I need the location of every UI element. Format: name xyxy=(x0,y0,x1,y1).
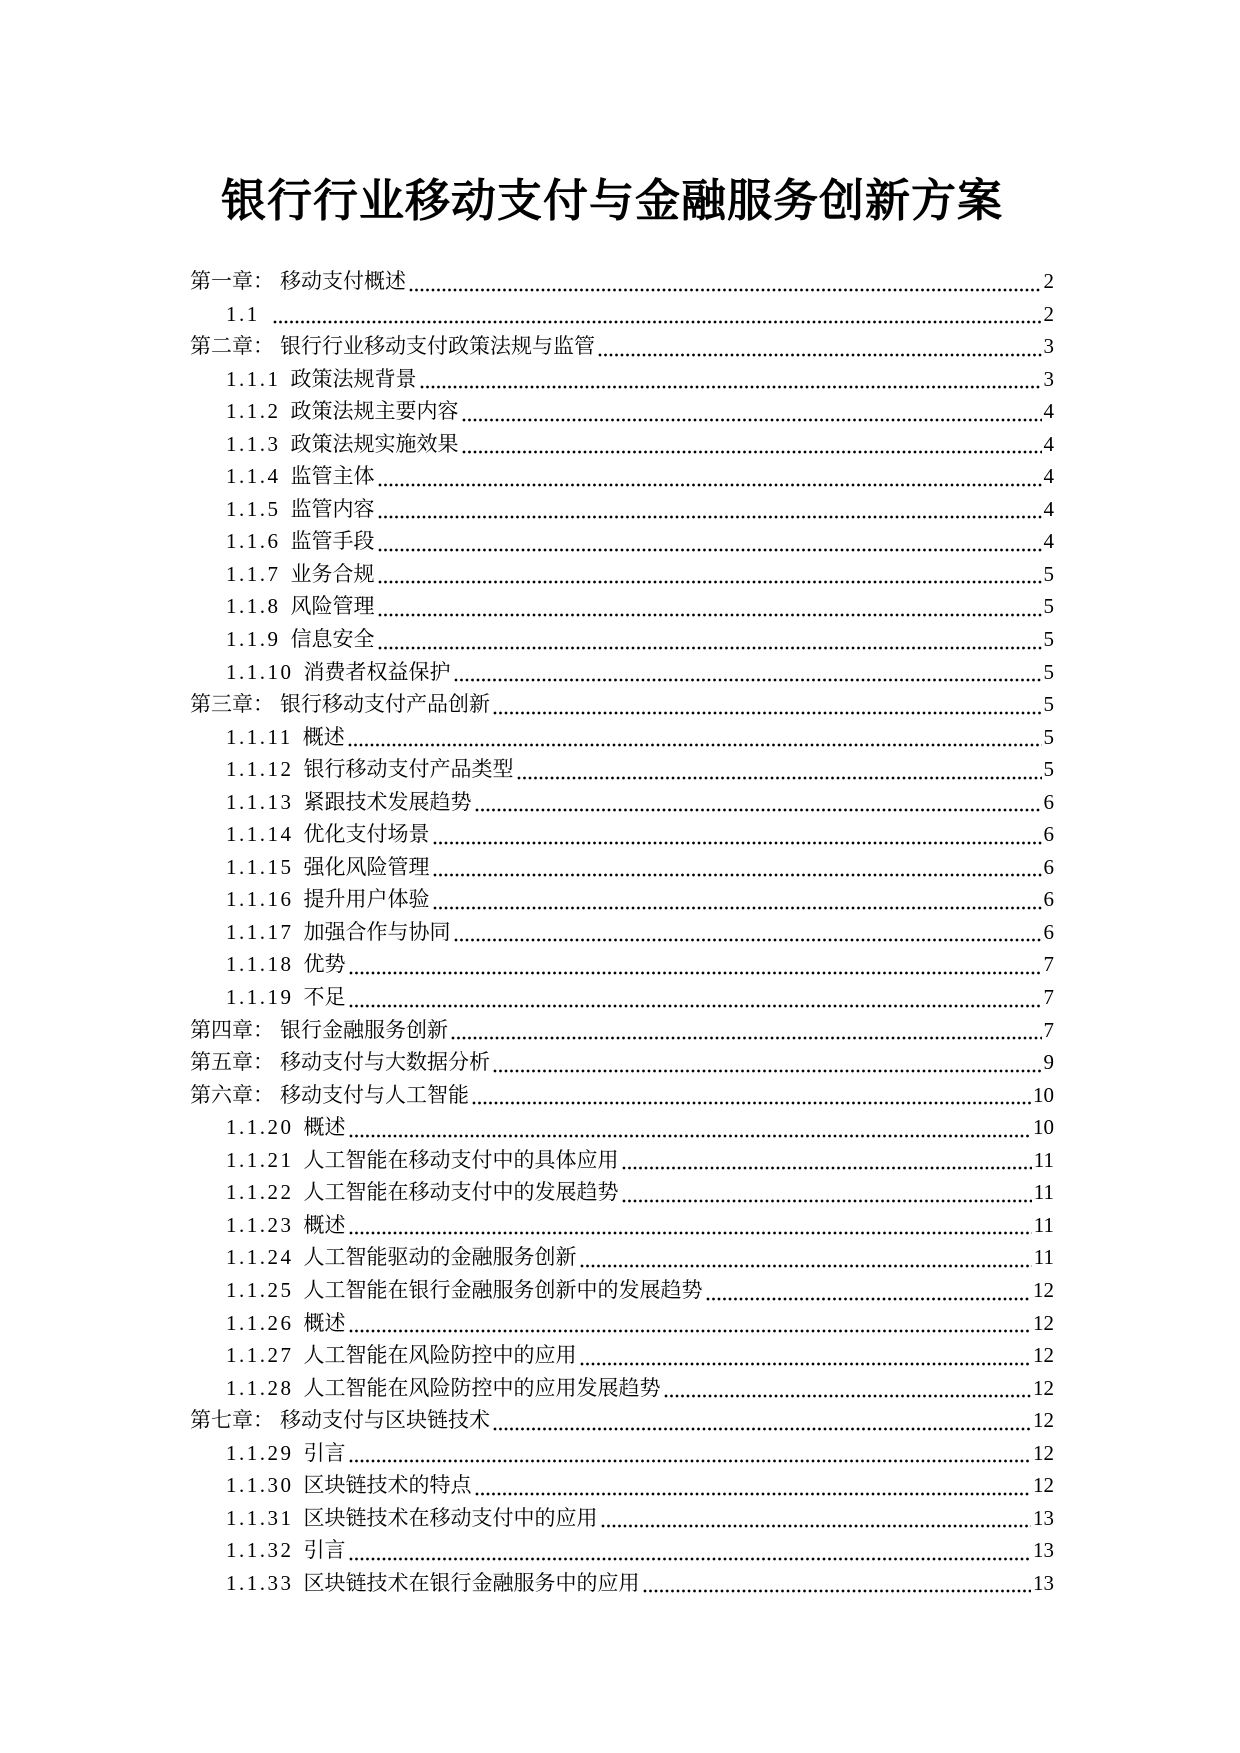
toc-entry-title: 概述 xyxy=(304,1307,346,1340)
toc-entry-title: 银行移动支付产品类型 xyxy=(304,753,514,786)
toc-leader-dots xyxy=(517,776,1042,780)
toc-entry[interactable]: 1.1.24人工智能驱动的金融服务创新11 xyxy=(190,1241,1054,1274)
toc-leader-dots xyxy=(622,1166,1032,1170)
toc-page-number: 5 xyxy=(1044,721,1055,754)
toc-entry[interactable]: 1.1.29引言12 xyxy=(190,1437,1054,1470)
toc-page-number: 4 xyxy=(1044,428,1055,461)
toc-entry-title: 银行移动支付产品创新 xyxy=(280,688,490,721)
toc-entry[interactable]: 1.1.27人工智能在风险防控中的应用12 xyxy=(190,1339,1054,1372)
toc-entry-title: 政策法规背景 xyxy=(291,363,417,396)
toc-page-number: 6 xyxy=(1044,916,1055,949)
toc-leader-dots xyxy=(349,971,1042,975)
toc-page-number: 7 xyxy=(1044,948,1055,981)
toc-leader-dots xyxy=(409,288,1042,292)
toc-entry-title: 概述 xyxy=(303,721,345,754)
toc-entry-number: 1.1.5 xyxy=(226,493,281,526)
toc-leader-dots xyxy=(475,808,1042,812)
toc-page-number: 6 xyxy=(1044,851,1055,884)
toc-entry[interactable]: 第二章：银行行业移动支付政策法规与监管3 xyxy=(190,330,1054,363)
toc-entry-number: 1.1.18 xyxy=(226,948,294,981)
toc-entry[interactable]: 1.12 xyxy=(190,298,1054,331)
toc-page-number: 5 xyxy=(1044,590,1055,623)
toc-entry-title: 区块链技术在移动支付中的应用 xyxy=(304,1502,598,1535)
toc-entry-title: 人工智能在银行金融服务创新中的发展趋势 xyxy=(304,1274,703,1307)
toc-entry[interactable]: 1.1.16提升用户体验6 xyxy=(190,883,1054,916)
toc-entry[interactable]: 1.1.13紧跟技术发展趋势6 xyxy=(190,786,1054,819)
toc-page-number: 13 xyxy=(1033,1567,1054,1600)
toc-entry[interactable]: 1.1.11概述5 xyxy=(190,721,1054,754)
toc-entry-title: 区块链技术的特点 xyxy=(304,1469,472,1502)
toc-page-number: 4 xyxy=(1044,460,1055,493)
toc-entry[interactable]: 1.1.14优化支付场景6 xyxy=(190,818,1054,851)
toc-page-number: 5 xyxy=(1044,656,1055,689)
toc-entry-number: 1.1.13 xyxy=(226,786,294,819)
toc-leader-dots xyxy=(601,1524,1032,1528)
toc-leader-dots xyxy=(273,320,1042,324)
toc-entry-number: 1.1.22 xyxy=(226,1176,294,1209)
toc-entry-title: 银行行业移动支付政策法规与监管 xyxy=(280,330,595,363)
toc-entry-number: 1.1.25 xyxy=(226,1274,294,1307)
toc-entry-number: 1.1.6 xyxy=(226,525,281,558)
toc-page-number: 6 xyxy=(1044,786,1055,819)
toc-entry-number: 第三章： xyxy=(190,688,274,721)
toc-entry-number: 1.1.7 xyxy=(226,558,281,591)
toc-leader-dots xyxy=(493,1069,1042,1073)
toc-page-number: 11 xyxy=(1034,1176,1054,1209)
toc-entry-title: 风险管理 xyxy=(291,590,375,623)
toc-entry[interactable]: 1.1.25人工智能在银行金融服务创新中的发展趋势12 xyxy=(190,1274,1054,1307)
toc-entry-title: 加强合作与协同 xyxy=(304,916,451,949)
toc-entry-title: 优化支付场景 xyxy=(304,818,430,851)
toc-entry-number: 1.1.8 xyxy=(226,590,281,623)
toc-entry-number: 1.1.14 xyxy=(226,818,294,851)
toc-page-number: 7 xyxy=(1044,1014,1055,1047)
toc-entry-title: 区块链技术在银行金融服务中的应用 xyxy=(304,1567,640,1600)
toc-entry-title: 不足 xyxy=(304,981,346,1014)
toc-leader-dots xyxy=(378,613,1042,617)
toc-entry-title: 强化风险管理 xyxy=(304,851,430,884)
toc-entry-title: 移动支付与区块链技术 xyxy=(280,1404,490,1437)
toc-entry[interactable]: 第五章：移动支付与大数据分析9 xyxy=(190,1046,1054,1079)
toc-entry-title: 政策法规主要内容 xyxy=(291,395,459,428)
toc-entry-number: 1.1.27 xyxy=(226,1339,294,1372)
toc-leader-dots xyxy=(349,1004,1042,1008)
toc-leader-dots xyxy=(349,1134,1032,1138)
toc-leader-dots xyxy=(349,1329,1032,1333)
toc-page-number: 2 xyxy=(1044,298,1055,331)
toc-entry-number: 1.1.30 xyxy=(226,1469,294,1502)
toc-entry[interactable]: 1.1.32引言13 xyxy=(190,1534,1054,1567)
toc-page-number: 12 xyxy=(1033,1372,1054,1405)
toc-entry-number: 1.1.3 xyxy=(226,428,281,461)
toc-entry-number: 1.1.15 xyxy=(226,851,294,884)
toc-entry[interactable]: 1.1.2政策法规主要内容4 xyxy=(190,395,1054,428)
toc-entry-number: 1.1.2 xyxy=(226,395,281,428)
toc-entry-number: 1.1.23 xyxy=(226,1209,294,1242)
toc-entry[interactable]: 1.1.26概述12 xyxy=(190,1307,1054,1340)
toc-entry[interactable]: 1.1.4监管主体4 xyxy=(190,460,1054,493)
toc-leader-dots xyxy=(378,646,1042,650)
toc-leader-dots xyxy=(493,711,1042,715)
document-title: 银行行业移动支付与金融服务创新方案 xyxy=(0,172,1224,230)
toc-page-number: 2 xyxy=(1044,265,1055,298)
toc-entry-number: 第七章： xyxy=(190,1404,274,1437)
toc-entry[interactable]: 1.1.3政策法规实施效果4 xyxy=(190,428,1054,461)
toc-entry[interactable]: 第六章：移动支付与人工智能10 xyxy=(190,1079,1054,1112)
toc-page-number: 7 xyxy=(1044,981,1055,1014)
toc-entry[interactable]: 1.1.31区块链技术在移动支付中的应用13 xyxy=(190,1502,1054,1535)
toc-leader-dots xyxy=(420,385,1042,389)
toc-leader-dots xyxy=(643,1589,1032,1593)
toc-entry-title: 监管手段 xyxy=(291,525,375,558)
toc-entry-number: 1.1.20 xyxy=(226,1111,294,1144)
toc-entry[interactable]: 1.1.5监管内容4 xyxy=(190,493,1054,526)
toc-entry[interactable]: 1.1.19不足7 xyxy=(190,981,1054,1014)
toc-page-number: 4 xyxy=(1044,395,1055,428)
toc-entry[interactable]: 1.1.7业务合规5 xyxy=(190,558,1054,591)
toc-entry-number: 1.1 xyxy=(226,298,260,331)
toc-entry-number: 1.1.9 xyxy=(226,623,281,656)
toc-entry-number: 1.1.29 xyxy=(226,1437,294,1470)
toc-leader-dots xyxy=(454,938,1042,942)
toc-entry[interactable]: 1.1.33区块链技术在银行金融服务中的应用13 xyxy=(190,1567,1054,1600)
toc-leader-dots xyxy=(433,873,1042,877)
toc-page-number: 4 xyxy=(1044,525,1055,558)
toc-entry-title: 移动支付与人工智能 xyxy=(280,1079,469,1112)
toc-entry-title: 概述 xyxy=(304,1111,346,1144)
toc-page-number: 11 xyxy=(1034,1241,1054,1274)
toc-entry[interactable]: 1.1.22人工智能在移动支付中的发展趋势11 xyxy=(190,1176,1054,1209)
document-page: 银行行业移动支付与金融服务创新方案 第一章：移动支付概述21.12第二章：银行行… xyxy=(0,0,1240,1753)
toc-entry-title: 引言 xyxy=(304,1437,346,1470)
toc-page-number: 10 xyxy=(1033,1111,1054,1144)
toc-entry[interactable]: 1.1.17加强合作与协同6 xyxy=(190,916,1054,949)
toc-entry-number: 1.1.24 xyxy=(226,1241,294,1274)
toc-entry-number: 1.1.28 xyxy=(226,1372,294,1405)
toc-page-number: 5 xyxy=(1044,623,1055,656)
toc-entry-number: 第一章： xyxy=(190,265,274,298)
toc-entry[interactable]: 1.1.18优势7 xyxy=(190,948,1054,981)
toc-leader-dots xyxy=(378,580,1042,584)
toc-leader-dots xyxy=(475,1492,1032,1496)
toc-entry-title: 监管内容 xyxy=(291,493,375,526)
toc-entry-number: 第六章： xyxy=(190,1079,274,1112)
toc-entry[interactable]: 1.1.10消费者权益保护5 xyxy=(190,656,1054,689)
toc-entry-number: 第二章： xyxy=(190,330,274,363)
toc-leader-dots xyxy=(454,678,1042,682)
toc-entry-title: 移动支付与大数据分析 xyxy=(280,1046,490,1079)
toc-entry-title: 信息安全 xyxy=(291,623,375,656)
toc-page-number: 12 xyxy=(1033,1437,1054,1470)
toc-entry-number: 1.1.31 xyxy=(226,1502,294,1535)
toc-entry[interactable]: 1.1.21人工智能在移动支付中的具体应用11 xyxy=(190,1144,1054,1177)
toc-entry-title: 监管主体 xyxy=(291,460,375,493)
toc-entry-number: 1.1.19 xyxy=(226,981,294,1014)
toc-leader-dots xyxy=(472,1101,1031,1105)
toc-page-number: 11 xyxy=(1034,1209,1054,1242)
toc-leader-dots xyxy=(378,483,1042,487)
toc-leader-dots xyxy=(348,743,1042,747)
toc-entry-title: 优势 xyxy=(304,948,346,981)
toc-entry-number: 1.1.33 xyxy=(226,1567,294,1600)
toc-entry[interactable]: 第四章：银行金融服务创新7 xyxy=(190,1014,1054,1047)
toc-leader-dots xyxy=(349,1557,1032,1561)
toc-entry-title: 概述 xyxy=(304,1209,346,1242)
toc-entry-number: 1.1.1 xyxy=(226,363,281,396)
toc-entry-number: 第五章： xyxy=(190,1046,274,1079)
toc-entry-title: 人工智能在移动支付中的具体应用 xyxy=(304,1144,619,1177)
toc-entry-number: 1.1.12 xyxy=(226,753,294,786)
toc-entry[interactable]: 1.1.12银行移动支付产品类型5 xyxy=(190,753,1054,786)
toc-page-number: 5 xyxy=(1044,558,1055,591)
table-of-contents: 第一章：移动支付概述21.12第二章：银行行业移动支付政策法规与监管31.1.1… xyxy=(190,265,1054,1599)
toc-leader-dots xyxy=(462,450,1042,454)
toc-page-number: 13 xyxy=(1033,1502,1054,1535)
toc-entry[interactable]: 1.1.28人工智能在风险防控中的应用发展趋势12 xyxy=(190,1372,1054,1405)
toc-leader-dots xyxy=(580,1264,1032,1268)
toc-leader-dots xyxy=(493,1427,1031,1431)
toc-leader-dots xyxy=(462,418,1042,422)
toc-entry[interactable]: 第一章：移动支付概述2 xyxy=(190,265,1054,298)
toc-page-number: 5 xyxy=(1044,688,1055,721)
toc-page-number: 3 xyxy=(1044,330,1055,363)
toc-entry-number: 1.1.21 xyxy=(226,1144,294,1177)
toc-entry-title: 人工智能驱动的金融服务创新 xyxy=(304,1241,577,1274)
toc-leader-dots xyxy=(378,515,1042,519)
toc-entry-title: 消费者权益保护 xyxy=(304,656,451,689)
toc-leader-dots xyxy=(378,548,1042,552)
toc-entry[interactable]: 1.1.20概述10 xyxy=(190,1111,1054,1144)
toc-page-number: 10 xyxy=(1033,1079,1054,1112)
toc-entry-title: 人工智能在风险防控中的应用 xyxy=(304,1339,577,1372)
toc-entry-title: 移动支付概述 xyxy=(280,265,406,298)
toc-entry-number: 1.1.26 xyxy=(226,1307,294,1340)
toc-entry-number: 1.1.32 xyxy=(226,1534,294,1567)
toc-entry[interactable]: 1.1.23概述11 xyxy=(190,1209,1054,1242)
toc-leader-dots xyxy=(433,906,1042,910)
toc-leader-dots xyxy=(451,1036,1042,1040)
toc-page-number: 6 xyxy=(1044,818,1055,851)
toc-page-number: 5 xyxy=(1044,753,1055,786)
toc-leader-dots xyxy=(622,1199,1032,1203)
toc-leader-dots xyxy=(598,353,1042,357)
toc-page-number: 11 xyxy=(1034,1144,1054,1177)
toc-page-number: 6 xyxy=(1044,883,1055,916)
toc-entry[interactable]: 1.1.6监管手段4 xyxy=(190,525,1054,558)
toc-page-number: 13 xyxy=(1033,1534,1054,1567)
toc-page-number: 9 xyxy=(1044,1046,1055,1079)
toc-entry[interactable]: 1.1.15强化风险管理6 xyxy=(190,851,1054,884)
toc-entry-title: 业务合规 xyxy=(291,558,375,591)
toc-page-number: 3 xyxy=(1044,363,1055,396)
toc-page-number: 12 xyxy=(1033,1307,1054,1340)
toc-entry-number: 1.1.17 xyxy=(226,916,294,949)
toc-entry[interactable]: 1.1.1政策法规背景3 xyxy=(190,363,1054,396)
toc-leader-dots xyxy=(433,841,1042,845)
toc-entry[interactable]: 1.1.9信息安全5 xyxy=(190,623,1054,656)
toc-entry-title: 银行金融服务创新 xyxy=(280,1014,448,1047)
toc-leader-dots xyxy=(706,1297,1032,1301)
toc-leader-dots xyxy=(580,1362,1032,1366)
toc-entry-number: 1.1.10 xyxy=(226,656,294,689)
toc-leader-dots xyxy=(349,1231,1032,1235)
toc-entry[interactable]: 1.1.8风险管理5 xyxy=(190,590,1054,623)
toc-entry-number: 1.1.11 xyxy=(226,721,293,754)
toc-leader-dots xyxy=(664,1394,1032,1398)
toc-entry-number: 1.1.4 xyxy=(226,460,281,493)
toc-page-number: 12 xyxy=(1033,1339,1054,1372)
toc-entry[interactable]: 第七章：移动支付与区块链技术12 xyxy=(190,1404,1054,1437)
toc-entry-title: 政策法规实施效果 xyxy=(291,428,459,461)
toc-entry-number: 第四章： xyxy=(190,1014,274,1047)
toc-page-number: 12 xyxy=(1033,1274,1054,1307)
toc-page-number: 12 xyxy=(1033,1404,1054,1437)
toc-entry-number: 1.1.16 xyxy=(226,883,294,916)
toc-entry-title: 人工智能在移动支付中的发展趋势 xyxy=(304,1176,619,1209)
toc-leader-dots xyxy=(349,1459,1032,1463)
toc-entry-title: 人工智能在风险防控中的应用发展趋势 xyxy=(304,1372,661,1405)
toc-page-number: 4 xyxy=(1044,493,1055,526)
toc-entry-title: 紧跟技术发展趋势 xyxy=(304,786,472,819)
toc-entry-title: 引言 xyxy=(304,1534,346,1567)
toc-entry[interactable]: 第三章：银行移动支付产品创新5 xyxy=(190,688,1054,721)
toc-page-number: 12 xyxy=(1033,1469,1054,1502)
toc-entry[interactable]: 1.1.30区块链技术的特点12 xyxy=(190,1469,1054,1502)
toc-entry-title: 提升用户体验 xyxy=(304,883,430,916)
